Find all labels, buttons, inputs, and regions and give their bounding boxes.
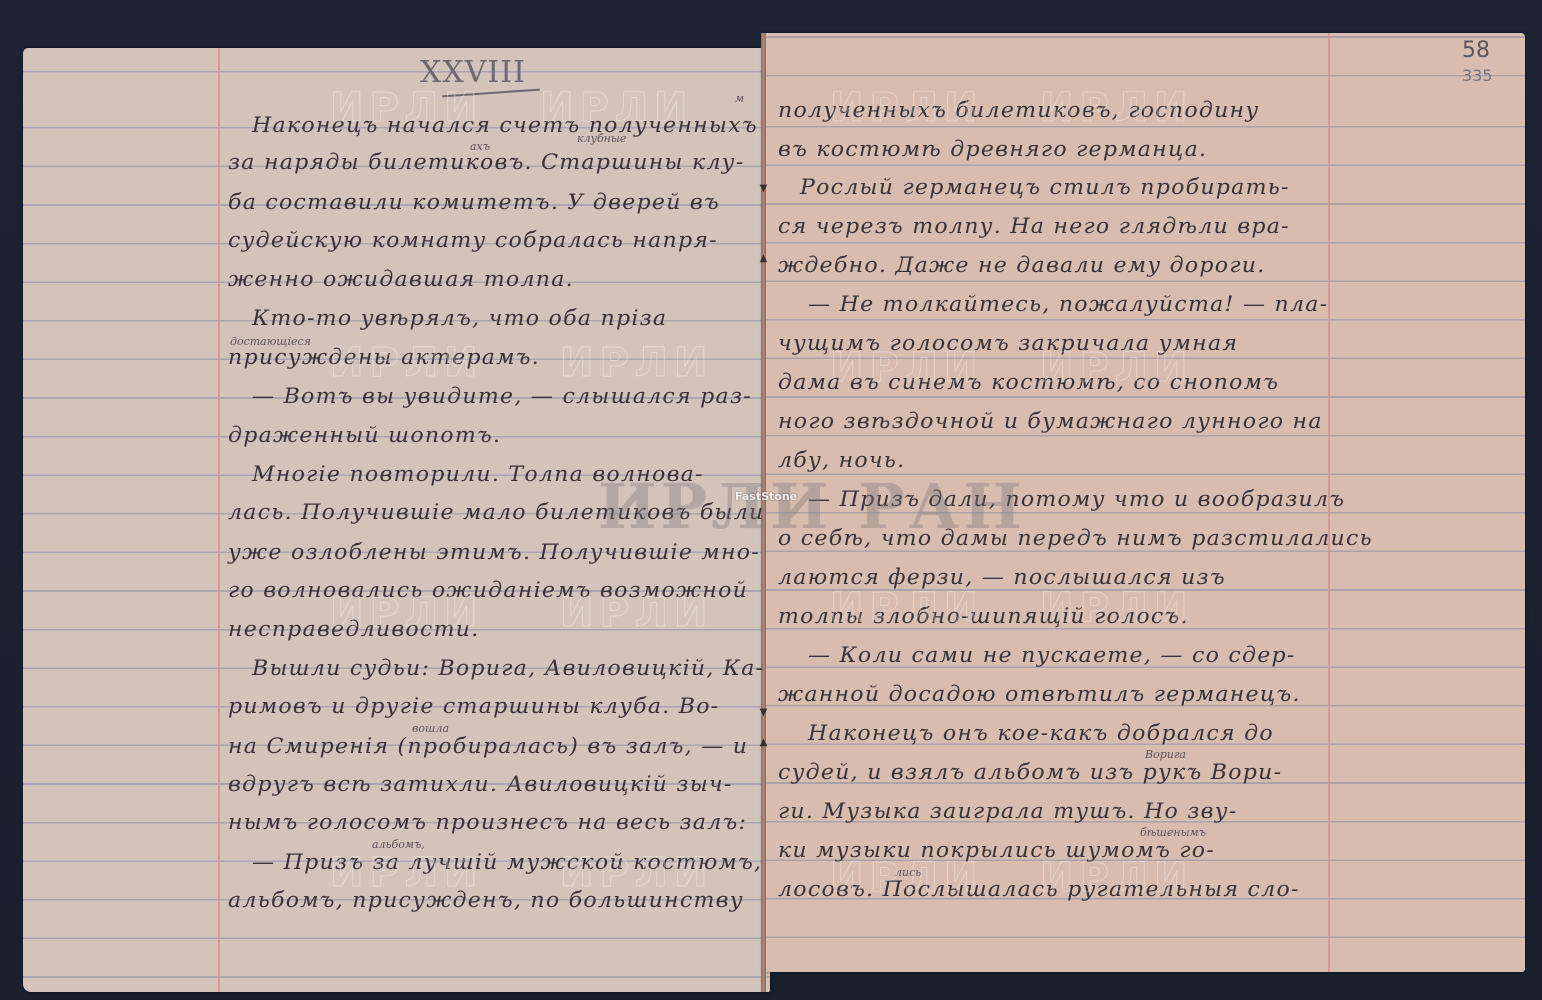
manuscript-line: жанной досадою отвѣтилъ германецъ. (778, 682, 1301, 706)
manuscript-line: драженный шопотъ. (228, 423, 501, 447)
manuscript-line: ба составили комитетъ. У дверей въ (228, 190, 720, 214)
manuscript-line: — Коли сами не пускаете, — со сдер- (808, 643, 1296, 667)
manuscript-line: лась. Получившiе мало билетиковъ были (228, 500, 765, 524)
manuscript-line: — Не толкайтесь, пожалуйста! — пла- (808, 292, 1328, 316)
margin-line (218, 48, 220, 992)
manuscript-line: о себѣ, что дамы передъ нимъ разстилалис… (778, 526, 1373, 550)
manuscript-line: — Призъ дали, потому что и вообразилъ (808, 487, 1345, 511)
manuscript-line: Вышли судьи: Ворига, Авиловицкiй, Ка- (252, 656, 764, 680)
interlinear-insertion: альбомъ, (372, 838, 425, 851)
manuscript-line: судейскую комнату собралась напря- (228, 228, 718, 252)
manuscript-line: альбомъ, присужденъ, по большинству (228, 888, 744, 912)
manuscript-line: ся черезъ толпу. На него глядѣли вра- (778, 214, 1290, 238)
staple-mark-icon: ▲ (759, 738, 768, 747)
manuscript-line: вдругъ всѣ затихли. Авиловицкiй зыч- (228, 772, 733, 796)
interlinear-insertion: вошла (412, 722, 449, 735)
manuscript-line: Рослый германецъ стилъ пробирать- (800, 175, 1290, 199)
manuscript-line: Наконецъ начался счетъ полученныхъ (252, 113, 758, 137)
manuscript-line: Многiе повторили. Толпа волнова- (252, 462, 704, 486)
manuscript-line: — Вотъ вы увидите, — слышался раз- (252, 384, 752, 408)
manuscript-line: уже озлоблены этимъ. Получившiе мно- (228, 540, 760, 564)
manuscript-line: женно ожидавшая толпа. (228, 267, 574, 291)
manuscript-line: несправедливости. (228, 617, 479, 641)
manuscript-line: присуждены актерамъ. (228, 345, 540, 369)
manuscript-line: ного звѣздочной и бумажнаго лунного на (778, 409, 1323, 433)
manuscript-line: Наконецъ онъ кое-какъ добрался до (808, 721, 1274, 745)
interlinear-insertion: м (735, 92, 744, 105)
manuscript-line: ги. Музыка заиграла тушъ. Но зву- (778, 799, 1238, 823)
manuscript-line: въ костюмѣ древняго германца. (778, 137, 1207, 161)
scanned-manuscript: ▼ ▲ ▼ ▲ XXVIII 58 335 Наконецъ начался с… (0, 0, 1542, 1000)
manuscript-line: Кто-то увѣрялъ, что оба прiза (252, 306, 667, 330)
interlinear-insertion: клубные (577, 132, 626, 145)
manuscript-line: за наряды билетиковъ. Старшины клу- (228, 150, 745, 174)
manuscript-line: полученныхъ билетиковъ, господину (778, 98, 1259, 122)
manuscript-line: лбу, ночь. (778, 448, 905, 472)
folio-number-secondary: 335 (1462, 66, 1493, 85)
manuscript-line: чущимъ голосомъ закричала умная (778, 331, 1238, 355)
manuscript-line: на Смиренiя (пробиралась) въ залъ, — и (228, 734, 748, 758)
manuscript-line: дама въ синемъ костюмѣ, со снопомъ (778, 370, 1279, 394)
chapter-number: XXVIII (420, 55, 526, 90)
interlinear-insertion: бѣшенымъ (1140, 826, 1206, 839)
manuscript-line: нымъ голосомъ произнесъ на весь залъ: (228, 810, 747, 834)
staple-mark-icon: ▲ (759, 254, 768, 263)
folio-number: 58 (1462, 38, 1490, 63)
manuscript-line: римовъ и другiе старшины клуба. Во- (228, 694, 720, 718)
manuscript-line: толпы злобно-шипящiй голосъ. (778, 604, 1189, 628)
interlinear-insertion: Ворига (1145, 748, 1186, 761)
manuscript-line: — Призъ за лучшiй мужской костюмъ, (252, 850, 762, 874)
staple-mark-icon: ▼ (759, 184, 768, 193)
interlinear-insertion: достающiеся (230, 335, 311, 348)
manuscript-line: лаются ферзи, — послышался изъ (778, 565, 1226, 589)
manuscript-line: судей, и взялъ альбомъ изъ рукъ Вори- (778, 760, 1282, 784)
manuscript-line: го волновались ожиданiемъ возможной (228, 578, 748, 602)
manuscript-line: ки музыки покрылись шумомъ го- (778, 838, 1215, 862)
staple-mark-icon: ▼ (759, 708, 768, 717)
interlinear-insertion: лись (895, 866, 921, 879)
manuscript-line: ждебно. Даже не давали ему дороги. (778, 253, 1265, 277)
manuscript-line: лосовъ. Послышалась ругательныя сло- (778, 877, 1300, 901)
interlinear-insertion: ахъ (470, 140, 490, 153)
